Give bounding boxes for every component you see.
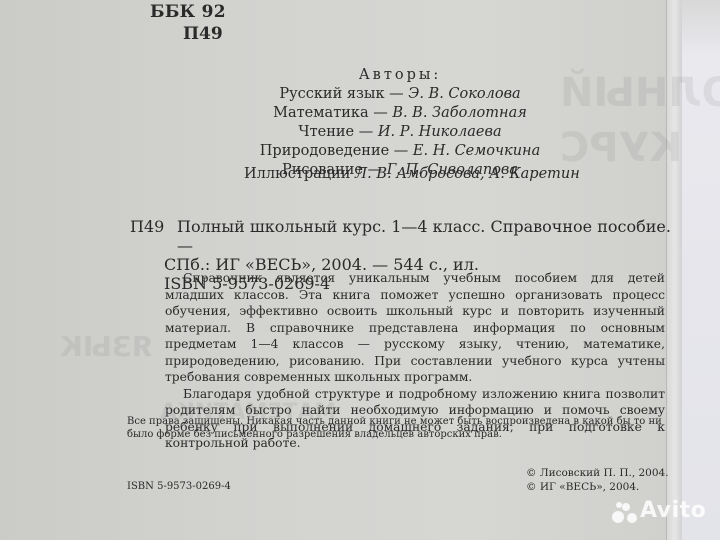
author-subject: Чтение — — [298, 124, 377, 140]
author-subject: Русский язык — — [279, 86, 408, 102]
author-name: В. В. Заболотная — [392, 105, 527, 121]
author-name: Е. Н. Семочкина — [413, 143, 540, 159]
authors-block: Авторы: Русский язык — Э. В. СоколоваМат… — [250, 66, 550, 180]
copyright-block: © Лисовский П. П., 2004. © ИГ «ВЕСЬ», 20… — [526, 466, 669, 494]
author-row: Математика — В. В. Заболотная — [250, 104, 550, 123]
author-row: Чтение — И. Р. Николаева — [250, 123, 550, 142]
show-through-text: ЯЗЫК — [60, 330, 153, 363]
author-row: Русский язык — Э. В. Соколова — [250, 85, 550, 104]
catalog-code: П49 — [183, 24, 223, 44]
rights-notice: Все права защищены. Никакая часть данной… — [127, 415, 672, 441]
illustrations-credit: Иллюстрации Л. В. Амбросова, А. Каретин — [244, 166, 580, 182]
author-subject: Математика — — [273, 105, 392, 121]
copyright-line: © ИГ «ВЕСЬ», 2004. — [526, 480, 669, 494]
author-subject: Природоведение — — [260, 143, 413, 159]
author-name: И. Р. Николаева — [378, 124, 502, 140]
show-through-text: ПОЛНЫЙ — [560, 70, 720, 116]
authors-heading: Авторы: — [250, 66, 550, 85]
avito-logo-icon — [612, 502, 638, 524]
bbk-classification: ББК 92 — [150, 2, 226, 22]
show-through-text: КУРС — [560, 125, 682, 171]
author-name: Э. В. Соколова — [408, 86, 520, 102]
illustrations-label: Иллюстрации — [244, 166, 350, 182]
author-row: Природоведение — Е. Н. Семочкина — [250, 142, 550, 161]
footer-isbn: ISBN 5-9573-0269-4 — [127, 481, 231, 492]
annotation-paragraph: Справочник является уникальным учебным п… — [165, 270, 665, 386]
illustrators: Л. В. Амбросова, А. Каретин — [355, 166, 580, 182]
copyright-line: © Лисовский П. П., 2004. — [526, 466, 669, 480]
avito-watermark: Avito — [640, 498, 706, 523]
bibliographic-title-line: Полный школьный курс. 1—4 класс. Справоч… — [164, 217, 684, 255]
bibliographic-code: П49 — [130, 217, 164, 236]
